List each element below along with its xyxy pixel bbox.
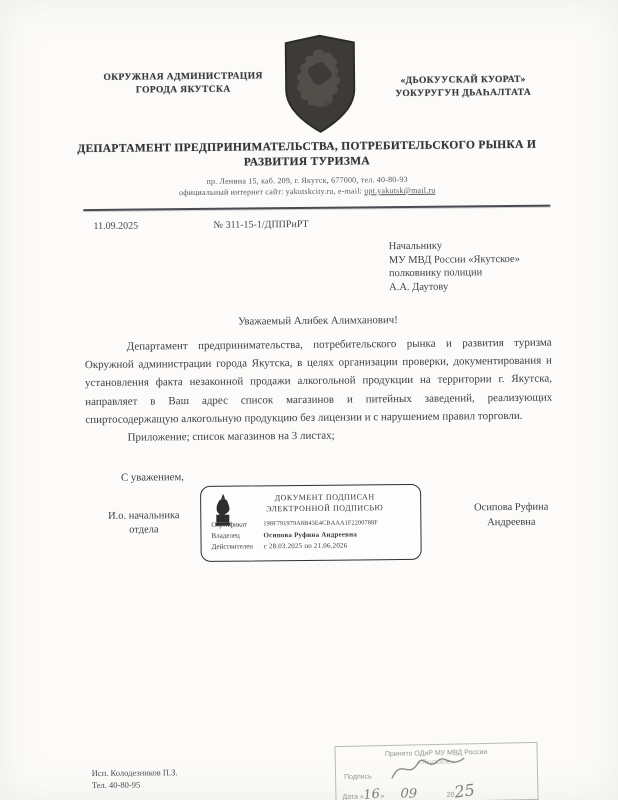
letterhead-divider (83, 205, 550, 211)
esign-emblem-icon (212, 493, 234, 527)
handwritten-month: 09 (400, 789, 417, 799)
org-name-left-line1: ОКРУЖНАЯ АДМИНИСТРАЦИЯ (83, 70, 283, 85)
contacts-prefix: официальный интернет сайт: yakutskcity.r… (179, 186, 364, 197)
recipient-block: Начальнику МУ МВД России «Якутское» полк… (389, 238, 570, 294)
signer-position-line2: отдела (81, 523, 206, 538)
reception-year-prefix: 20 (447, 792, 455, 799)
scanned-letter-page: ОКРУЖНАЯ АДМИНИСТРАЦИЯ ГОРОДА ЯКУТСКА «Д… (0, 0, 618, 800)
signer-name-line1: Осипова Руфина (446, 499, 576, 515)
cert-value: 198F791979A8B43E4CBAAA1F2200788F (263, 519, 378, 528)
org-name-right-line2: УОКУРУГУН ДЬАҺАЛТАТА (375, 87, 551, 102)
reception-date-close: » (380, 793, 384, 800)
department-title: ДЕПАРТАМЕНТ ПРЕДПРИНИМАТЕЛЬСТВА, ПОТРЕБИ… (58, 138, 556, 173)
reception-stamp: Принято ОДиР МУ МВД России «Якутское» По… (334, 742, 538, 800)
esign-title-line2: ЭЛЕКТРОННОЙ ПОДПИСЬЮ (235, 502, 414, 514)
validity-label: Действителен (212, 543, 264, 551)
signer-name-line2: Андреевна (446, 514, 576, 530)
handwritten-signature (388, 752, 469, 782)
body-text: Департамент предпринимательства, потреби… (85, 334, 553, 448)
owner-label: Владелец (211, 532, 263, 540)
cert-row: Сертификат 198F791979A8B43E4CBAAA1F22007… (211, 519, 412, 529)
esign-stamp: ДОКУМЕНТ ПОДПИСАН ЭЛЕКТРОННОЙ ПОДПИСЬЮ С… (200, 484, 422, 562)
signer-position-line1: И.о. начальника (81, 509, 206, 524)
reception-date-row: Дата «16» 09 2025 (342, 785, 537, 800)
attachment-line: Приложение; список магазинов на 3 листах… (85, 425, 552, 448)
esign-stamp-fields: Сертификат 198F791979A8B43E4CBAAA1F22007… (211, 519, 412, 551)
doc-date: 11.09.2025 (93, 221, 138, 232)
executor-line: Исп. Колодезников П.З. (92, 767, 178, 779)
email-text: upt.yakutsk@mail.ru (364, 186, 435, 196)
esign-stamp-title: ДОКУМЕНТ ПОДПИСАН ЭЛЕКТРОННОЙ ПОДПИСЬЮ (235, 492, 414, 515)
salutation: Уважаемый Алибек Алимханович! (84, 313, 551, 329)
org-name-left: ОКРУЖНАЯ АДМИНИСТРАЦИЯ ГОРОДА ЯКУТСКА (83, 70, 283, 98)
coat-of-arms-icon (283, 33, 358, 134)
letterhead-contacts: пр. Ленина 15, каб. 209, г. Якутск, 6770… (58, 173, 556, 200)
regards-line: С уважением, (121, 471, 184, 484)
recipient-line: А.А. Даутову (389, 279, 569, 294)
executor-phone: Тел. 40-80-95 (92, 779, 178, 791)
signer-position: И.о. начальника отдела (81, 509, 206, 538)
reception-sign-label: Подпись (344, 772, 372, 782)
handwritten-day: 16 (363, 790, 380, 800)
doc-number: № 311-15-1/ДППРиРТ (213, 219, 308, 231)
validity-row: Действителен с 28.03.2025 по 21.06.2026 (212, 541, 413, 551)
body-paragraph: Департамент предпринимательства, потреби… (85, 334, 553, 429)
letter-content: ОКРУЖНАЯ АДМИНИСТРАЦИЯ ГОРОДА ЯКУТСКА «Д… (0, 0, 618, 800)
owner-value: Осипова Руфина Андреевна (263, 531, 357, 540)
org-name-right: «ДЬОКУУСКАЙ КУОРАТ» УОКУРУГУН ДЬАҺАЛТАТА (375, 74, 551, 102)
reception-date-label: Дата « (342, 794, 363, 800)
handwritten-year: 25 (454, 785, 475, 796)
owner-row: Владелец Осипова Руфина Андреевна (211, 530, 412, 540)
org-name-left-line2: ГОРОДА ЯКУТСКА (83, 83, 283, 98)
validity-value: с 28.03.2025 по 21.06.2026 (264, 542, 348, 551)
executor-block: Исп. Колодезников П.З. Тел. 40-80-95 (92, 767, 178, 791)
signer-name: Осипова Руфина Андреевна (446, 499, 576, 530)
